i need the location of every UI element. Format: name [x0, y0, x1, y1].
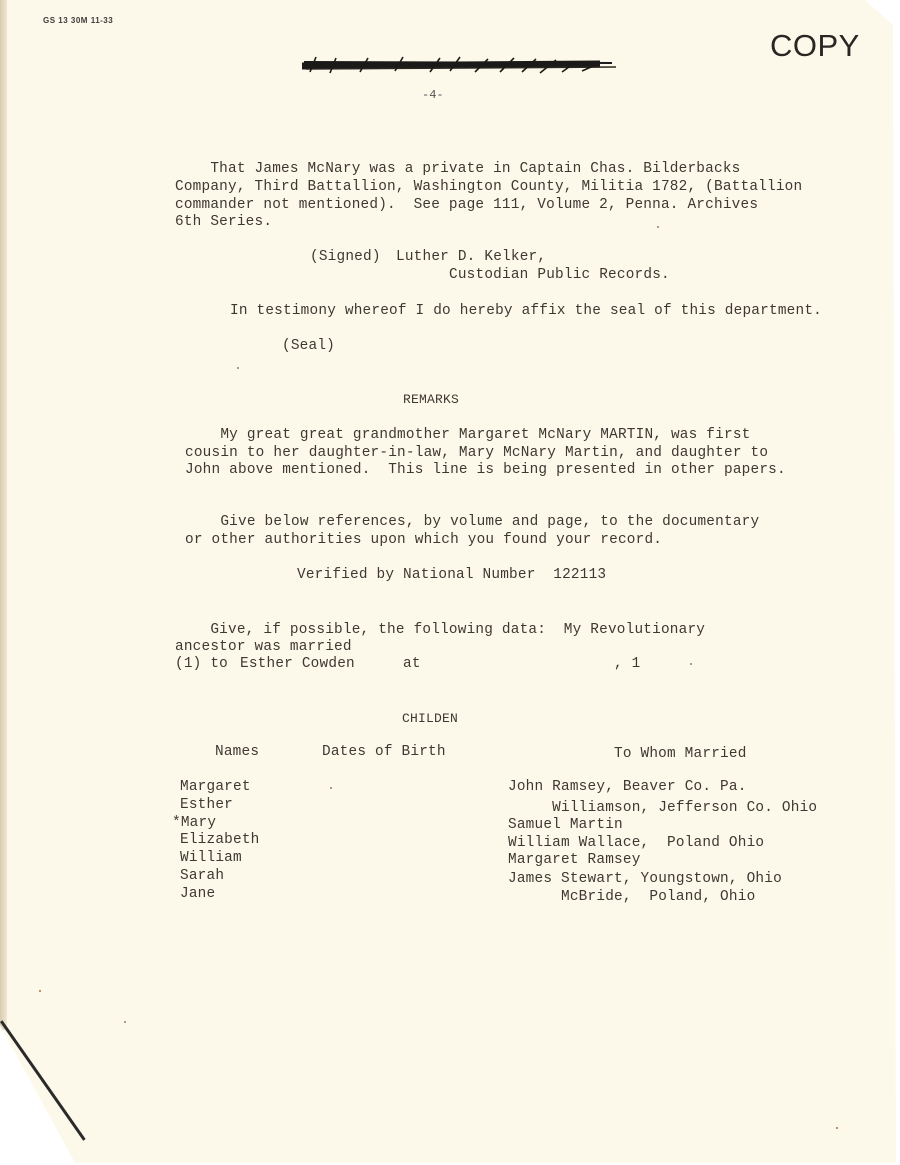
signer-title: Custodian Public Records.	[449, 267, 670, 284]
remarks-heading: REMARKS	[403, 391, 459, 408]
child-spouse: Williamson, Jefferson Co. Ohio	[508, 800, 817, 817]
references-line-2: or other authorities upon which you foun…	[185, 532, 662, 549]
column-header-names: Names	[215, 744, 259, 761]
copy-stamp: COPY	[770, 28, 860, 64]
marriage-prefix: (1) to	[175, 656, 228, 673]
child-name: Margaret	[180, 779, 251, 796]
column-header-birth: Dates of Birth	[322, 744, 446, 761]
child-spouse: Samuel Martin	[508, 817, 623, 834]
references-line-1: Give below references, by volume and pag…	[185, 514, 759, 531]
paper-speck	[690, 663, 692, 665]
child-name: Jane	[180, 886, 215, 903]
record-line-2: Company, Third Battallion, Washington Co…	[175, 179, 802, 196]
paper-speck	[237, 367, 239, 369]
record-line-3: commander not mentioned). See page 111, …	[175, 197, 758, 214]
marriage-line-1: Give, if possible, the following data: M…	[175, 622, 705, 639]
child-spouse: John Ramsey, Beaver Co. Pa.	[508, 779, 747, 796]
seal: (Seal)	[282, 338, 335, 355]
marriage-line-2: ancestor was married	[175, 639, 352, 656]
paper-speck	[657, 226, 659, 228]
remarks-line-2: cousin to her daughter-in-law, Mary McNa…	[185, 445, 768, 462]
paper-speck	[330, 787, 332, 789]
verified-number: Verified by National Number 122113	[297, 567, 606, 584]
child-name: Esther	[180, 797, 233, 814]
child-name: Sarah	[180, 868, 224, 885]
page-number: -4-	[422, 88, 444, 102]
paper-speck	[836, 1127, 838, 1129]
child-name: William	[180, 850, 242, 867]
child-spouse: William Wallace, Poland Ohio	[508, 835, 764, 852]
paper-speck	[39, 990, 41, 992]
children-heading: CHILDEN	[402, 710, 458, 727]
marriage-at: at	[403, 656, 421, 673]
child-spouse: James Stewart, Youngstown, Ohio	[508, 871, 782, 888]
record-line-4: 6th Series.	[175, 214, 272, 231]
child-name: Elizabeth	[180, 832, 260, 849]
form-code: GS 13 30M 11-33	[43, 16, 113, 25]
remarks-line-3: John above mentioned. This line is being…	[185, 462, 786, 479]
child-spouse: Margaret Ramsey	[508, 852, 641, 869]
child-spouse: McBride, Poland, Ohio	[508, 889, 755, 906]
signed-label: (Signed)	[310, 249, 381, 266]
signer-name: Luther D. Kelker,	[396, 249, 546, 266]
testimony: In testimony whereof I do hereby affix t…	[230, 303, 822, 320]
record-line-1: That James McNary was a private in Capta…	[175, 161, 741, 178]
child-name: *Mary	[172, 815, 216, 832]
remarks-line-1: My great great grandmother Margaret McNa…	[185, 427, 751, 444]
marriage-spouse: Esther Cowden	[240, 656, 355, 673]
struck-out-heading	[300, 54, 616, 76]
paper-speck	[124, 1021, 126, 1023]
marriage-date: , 1	[614, 656, 641, 673]
column-header-married: To Whom Married	[614, 746, 747, 763]
